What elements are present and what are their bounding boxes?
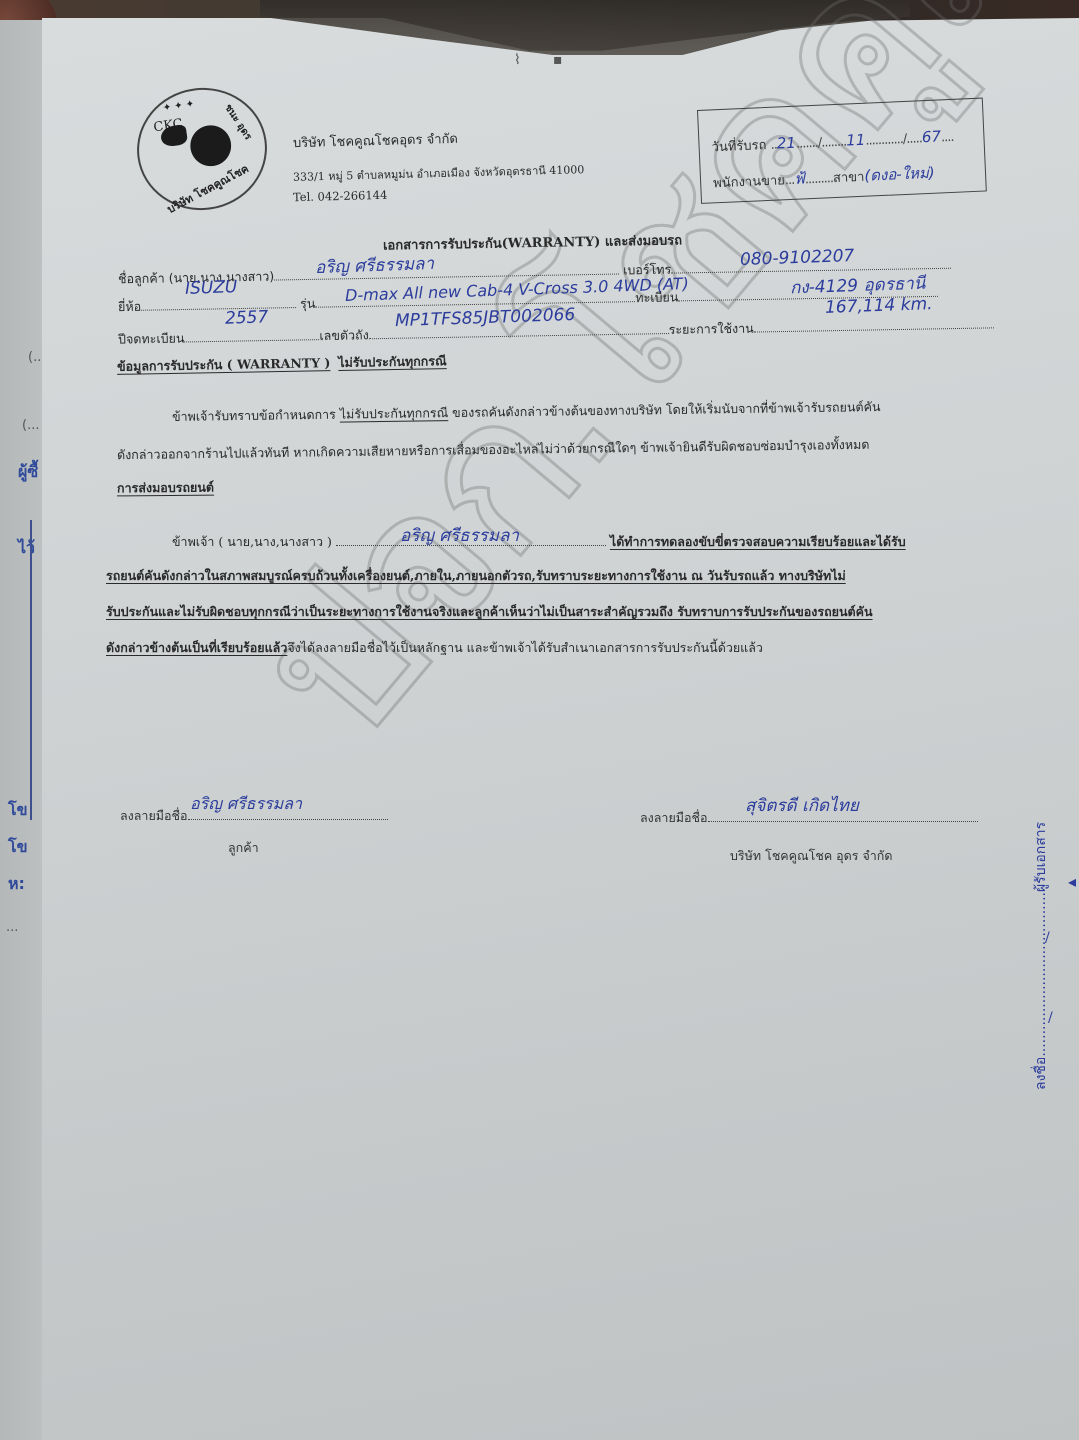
receive-date-month: 11 <box>846 131 866 150</box>
chassis-label: เลขตัวถัง <box>319 327 369 343</box>
under-fragment: ไว้ <box>18 536 35 561</box>
delivery-heading: การส่งมอบรถยนต์ <box>117 478 214 499</box>
pen-mark-icon: / <box>1045 930 1050 946</box>
signature-label: ลงลายมือชื่อ <box>120 808 188 823</box>
company-signature: สุจิตรดี เกิดไทย <box>745 792 859 819</box>
delivery-line-3: รับประกันและไม่รับผิดชอบทุกกรณีว่าเป็นระ… <box>106 602 873 622</box>
warranty-status: ไม่รับประกันทุกกรณี <box>338 353 447 370</box>
delivery-customer-name: อริญ ศรีธรรมลา <box>400 522 519 549</box>
mileage-label: ระยะการใช้งาน <box>669 321 754 337</box>
receive-date-label: วันที่รับรถ <box>711 138 766 155</box>
reg-year-value: 2557 <box>225 307 269 328</box>
receive-date-year: 67 <box>921 127 941 146</box>
receiver-signature-note: ลงชื่อ..................................… <box>1030 822 1052 1090</box>
delivery-line-1: ข้าพเจ้า ( นาย,นาง,นางสาว ) ได้ทำการทดลอ… <box>172 532 906 552</box>
receive-date-day: 21 <box>776 134 796 153</box>
under-fragment: โข <box>8 798 28 823</box>
paragraph-emphasis: ดังกล่าวข้างต้นเป็นที่เรียบร้อยแล้ว <box>106 640 287 655</box>
signature-label: ลงลายมือชื่อ <box>640 810 708 825</box>
paragraph-text: ของรถคันดังกล่าวข้างต้นของทางบริษัท โดยใ… <box>448 399 881 420</box>
paragraph-text: จึงได้ลงลายมือชื่อไว้เป็นหลักฐาน และข้าพ… <box>287 640 763 655</box>
warranty-heading: ข้อมูลการรับประกัน ( WARRANTY ) <box>117 355 331 374</box>
under-fragment: ห: <box>8 872 25 897</box>
delivery-line-4: ดังกล่าวข้างต้นเป็นที่เรียบร้อยแล้วจึงได… <box>106 638 763 658</box>
staple-mark-icon: ▪ <box>553 52 563 68</box>
brand-value: ISUZU <box>185 277 238 299</box>
brand-label: ยี่ห้อ <box>118 299 141 314</box>
paragraph-emphasis: ได้ทำการทดลองขับขี่ตรวจสอบความเรียบร้อยแ… <box>610 534 906 549</box>
receipt-info-box: วันที่รับรถ ..21......./........11......… <box>697 98 987 204</box>
company-tel: Tel. 042-266144 <box>293 188 388 204</box>
star-icon: ✦ ✦ ✦ <box>162 99 195 114</box>
paragraph-text: ข้าพเจ้ารับทราบข้อกำหนดการ <box>172 407 340 424</box>
paragraph-emphasis: ไม่รับประกันทุกกรณี <box>340 405 449 422</box>
salesperson-label: พนักงานขาย <box>713 173 785 191</box>
under-fragment: (... <box>22 418 39 433</box>
company-name: บริษัท โชคคูณโชคอุดร จำกัด <box>293 128 458 153</box>
staple-mark-icon: ⌇ <box>514 52 521 68</box>
customer-name-value: อริญ ศรีธรรมลา <box>315 250 435 281</box>
branch-value: (ดงอ-ใหม่) <box>864 164 935 185</box>
pen-mark-icon: ◂ <box>1068 872 1076 891</box>
company-role: บริษัท โชคคูณโชค อุดร จำกัด <box>730 846 893 866</box>
customer-signature: อริญ ศรีธรรมลา <box>190 792 302 817</box>
under-fragment: ... <box>6 920 18 935</box>
branch-label: สาขา <box>833 170 865 186</box>
under-fragment: โข <box>8 835 28 860</box>
paragraph-text: ข้าพเจ้า ( นาย,นาง,นางสาว ) <box>172 534 332 549</box>
customer-role: ลูกค้า <box>228 838 259 858</box>
under-rule <box>30 520 32 820</box>
mileage-value: 167,114 km. <box>825 294 933 318</box>
salesperson-value: ฟ้ <box>794 169 805 187</box>
under-fragment: ผู้ซื้ <box>18 460 38 485</box>
model-label: รุ่น <box>300 296 316 311</box>
phone-value: 080-9102207 <box>740 246 855 270</box>
pen-mark-icon: / <box>1048 1010 1053 1026</box>
delivery-line-2: รถยนต์คันดังกล่าวในสภาพสมบูรณ์ครบถ้วนทั้… <box>106 566 846 586</box>
reg-year-label: ปีจดทะเบียน <box>118 330 185 346</box>
